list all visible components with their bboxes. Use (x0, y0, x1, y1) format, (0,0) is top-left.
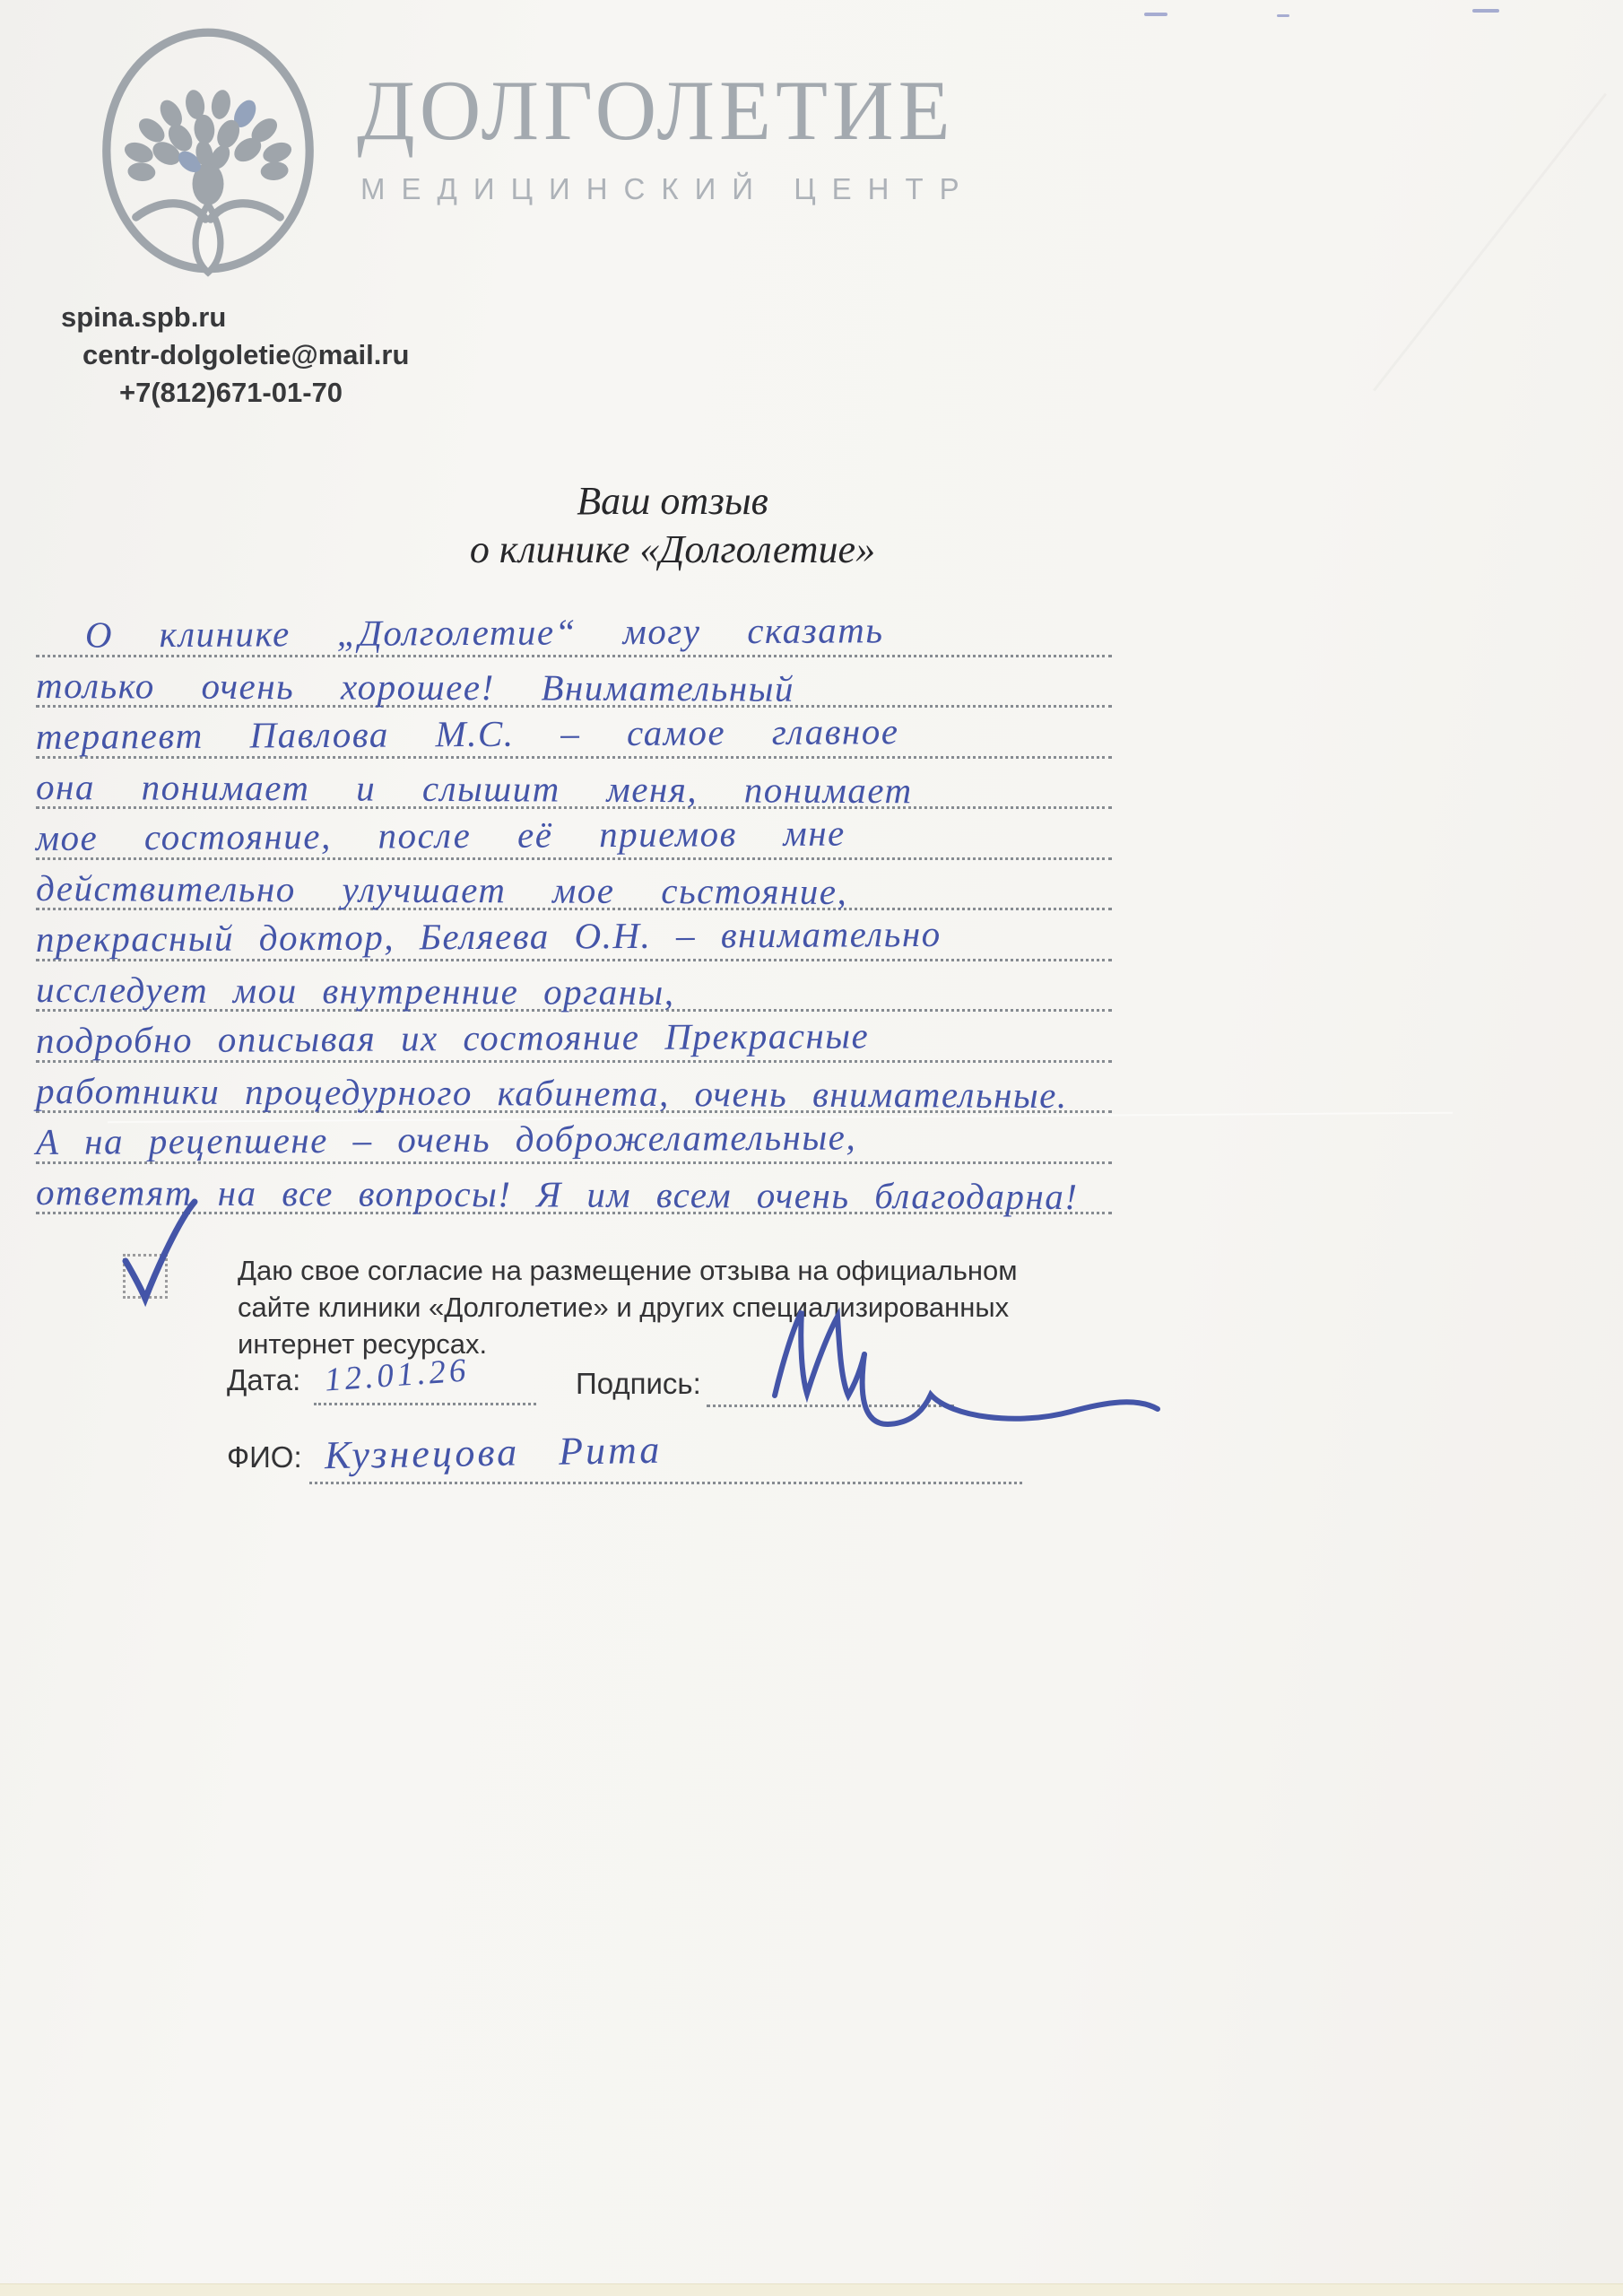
brand-name: ДОЛГОЛЕТИЕ (357, 61, 955, 160)
fio-label: ФИО: (227, 1440, 302, 1474)
scan-edge (0, 2283, 1623, 2296)
review-line: она понимает и слышит меня, понимает (36, 759, 1112, 810)
ink-speck (1144, 13, 1167, 16)
signature-flourish (750, 1290, 1171, 1442)
tree-logo-icon (92, 25, 324, 278)
contact-phone: +7(812)671-01-70 (119, 377, 343, 409)
ink-speck (1277, 14, 1289, 17)
review-line-text: она понимает и слышит меня, понимает (36, 769, 913, 810)
form-title-line2: о клинике «Долголетие» (314, 526, 1031, 574)
review-line-text: исследует мои внутренние органы, (36, 971, 675, 1012)
review-line: О клинике „Долголетие“ могу сказать (36, 606, 1112, 657)
review-line: действительно улучшает мое сьстояние, (36, 860, 1112, 911)
review-line-text: мое состояние, после её приемов мне (36, 814, 846, 857)
fio-underline (309, 1482, 1022, 1484)
date-label: Дата: (227, 1363, 300, 1397)
review-line: исследует мои внутренние органы, (36, 961, 1112, 1013)
review-line: А на рецепшене – очень доброжелательные, (36, 1113, 1112, 1164)
review-line-text: прекрасный доктор, Беляева О.Н. – внимат… (36, 915, 942, 958)
review-line-text: подробно описывая их состояние Прекрасны… (36, 1017, 870, 1060)
form-title-line1: Ваш отзыв (314, 477, 1031, 526)
date-underline (314, 1403, 536, 1405)
contact-website: spina.spb.ru (61, 301, 226, 334)
review-line: мое состояние, после её приемов мне (36, 809, 1112, 860)
ink-speck (1472, 9, 1499, 13)
contact-email: centr-dolgoletie@mail.ru (82, 339, 409, 371)
review-line: терапевт Павлова М.С. – самое главное (36, 708, 1112, 759)
brand-subtitle: МЕДИЦИНСКИЙ ЦЕНТР (360, 172, 976, 206)
review-line-text: А на рецепшене – очень доброжелательные, (36, 1118, 857, 1161)
review-line-text: терапевт Павлова М.С. – самое главное (36, 713, 899, 756)
scanned-review-form: ДОЛГОЛЕТИЕ МЕДИЦИНСКИЙ ЦЕНТР spina.spb.r… (0, 0, 1623, 2296)
review-lines: О клинике „Долголетие“ могу сказатьтольк… (36, 606, 1112, 1214)
review-line: работники процедурного кабинета, очень в… (36, 1063, 1112, 1114)
fio-handwritten-value: Кузнецова Рита (325, 1427, 663, 1479)
review-line: прекрасный доктор, Беляева О.Н. – внимат… (36, 910, 1112, 961)
review-line: только очень хорошее! Внимательный (36, 657, 1112, 709)
review-line-text: работники процедурного кабинета, очень в… (36, 1073, 1068, 1115)
review-line: подробно описывая их состояние Прекрасны… (36, 1012, 1112, 1063)
review-line-text: О клинике „Долголетие“ могу сказать (36, 612, 884, 655)
review-line-text: только очень хорошее! Внимательный (36, 667, 794, 709)
review-line-text: действительно улучшает мое сьстояние, (36, 870, 847, 911)
form-title: Ваш отзыв о клинике «Долголетие» (314, 477, 1031, 573)
checkmark-icon (113, 1195, 206, 1313)
signature-label: Подпись: (576, 1367, 701, 1401)
paper-crease (1373, 93, 1607, 392)
